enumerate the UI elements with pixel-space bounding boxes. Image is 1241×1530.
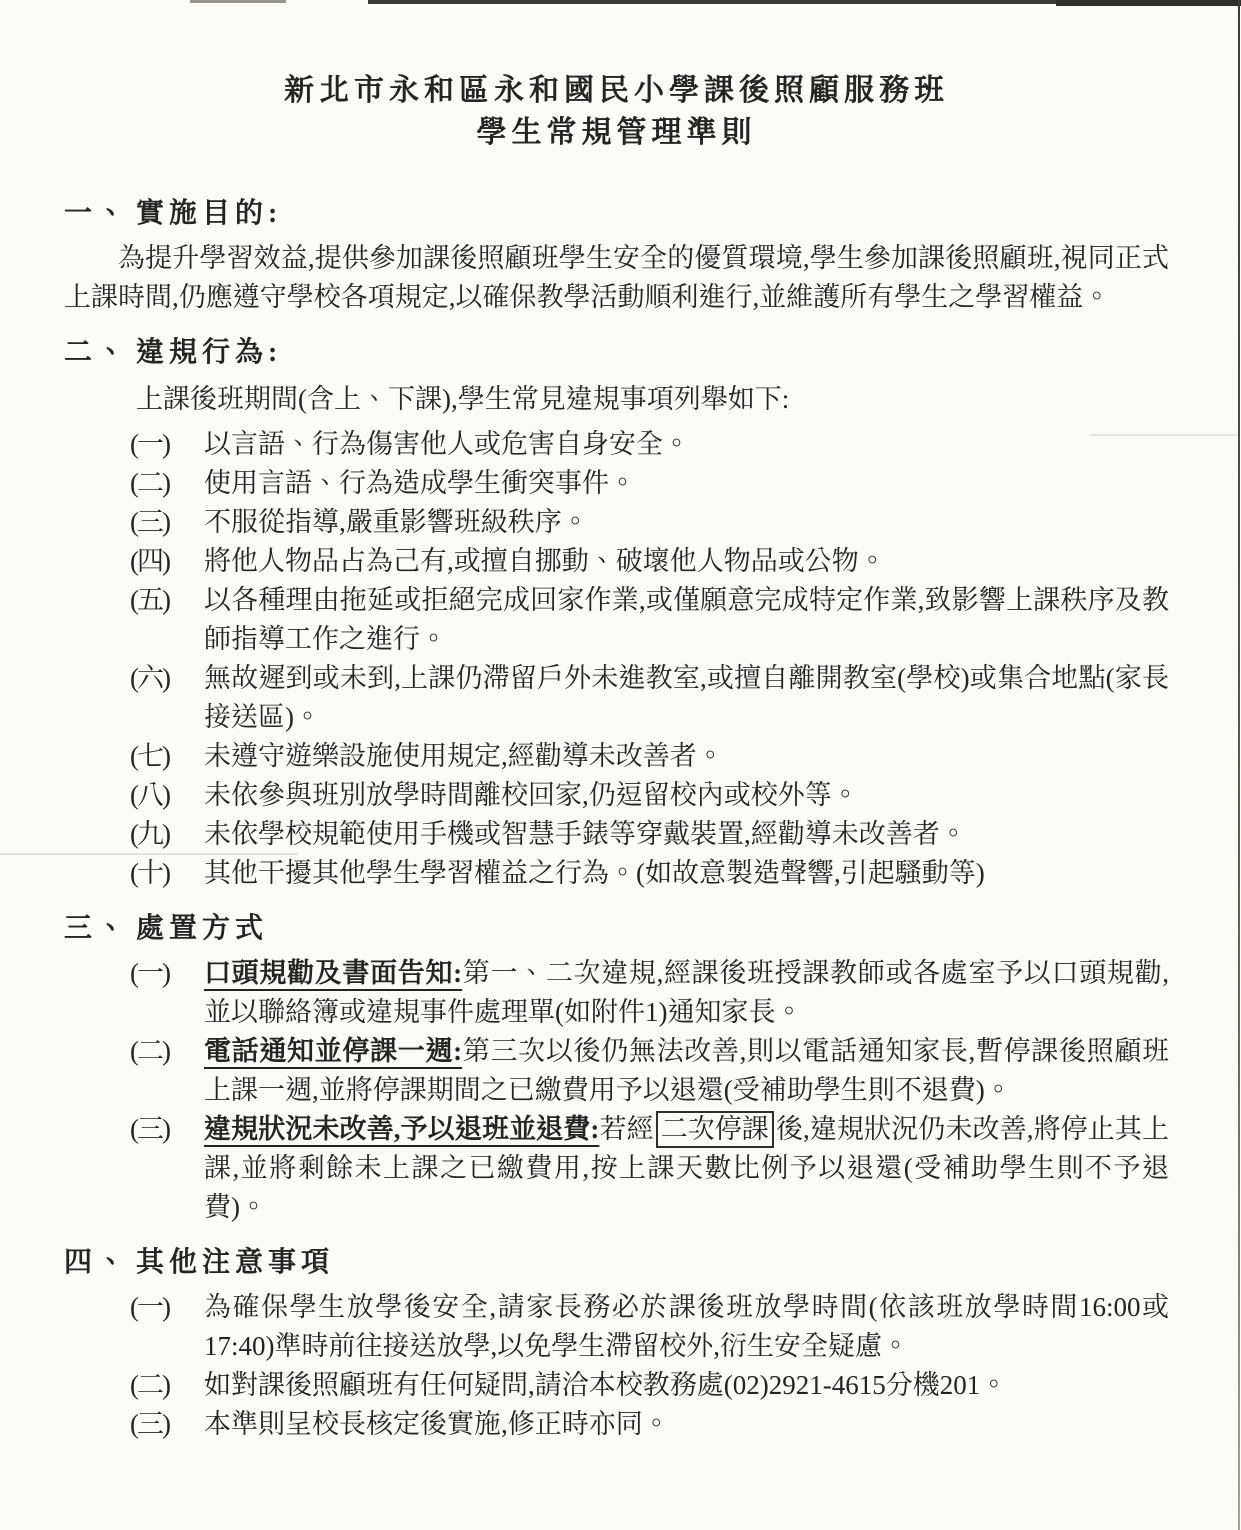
item-rest-before: 若經 (599, 1114, 653, 1144)
item-marker: (二) (130, 464, 204, 503)
list-item: (二) 電話通知並停課一週:第三次以後仍無法改善,則以電話通知家長,暫停課後照顧… (130, 1032, 1169, 1110)
item-text: 如對課後照顧班有任何疑問,請洽本校教務處(02)2921-4615分機201。 (204, 1366, 1169, 1405)
document-title-line-2: 學生常規管理準則 (64, 112, 1169, 154)
list-item: (四) 將他人物品占為己有,或擅自挪動、破壞他人物品或公物。 (130, 542, 1169, 581)
section-number: 三、 (64, 909, 136, 948)
item-marker: (一) (130, 1288, 204, 1327)
section-heading-row: 一、 實施目的: (64, 194, 1169, 233)
item-text: 電話通知並停課一週:第三次以後仍無法改善,則以電話通知家長,暫停課後照顧班上課一… (204, 1032, 1169, 1110)
list-item: (三) 不服從指導,嚴重影響班級秩序。 (130, 503, 1169, 542)
measure-list: (一) 口頭規勸及書面告知:第一、二次違規,經課後班授課教師或各處室予以口頭規勸… (130, 954, 1169, 1227)
section-heading: 其他注意事項 (136, 1243, 334, 1282)
section-notes: 四、 其他注意事項 (一) 為確保學生放學後安全,請家長務必於課後班放學時間(依… (64, 1243, 1169, 1444)
section-paragraph: 為提升學習效益,提供參加課後照顧班學生安全的優質環境,學生參加課後照顧班,視同正… (64, 239, 1169, 317)
document-title: 新北市永和區永和國民小學課後照顧服務班 學生常規管理準則 (64, 70, 1169, 154)
item-text: 違規狀況未改善,予以退班並退費:若經二次停課後,違規狀況仍未改善,將停止其上課,… (204, 1110, 1169, 1227)
section-number: 二、 (64, 333, 136, 372)
violation-list: (一) 以言語、行為傷害他人或危害自身安全。 (二) 使用言語、行為造成學生衝突… (130, 425, 1169, 893)
item-marker: (一) (130, 425, 204, 464)
item-marker: (八) (130, 776, 204, 815)
item-marker: (二) (130, 1366, 204, 1405)
section-number: 四、 (64, 1243, 136, 1282)
item-text: 無故遲到或未到,上課仍滯留戶外未進教室,或擅自離開教室(學校)或集合地點(家長接… (204, 659, 1169, 737)
list-item: (三) 本準則呈校長核定後實施,修正時亦同。 (130, 1405, 1169, 1444)
item-text: 不服從指導,嚴重影響班級秩序。 (204, 503, 1169, 542)
list-item: (一) 以言語、行為傷害他人或危害自身安全。 (130, 425, 1169, 464)
document-title-line-1: 新北市永和區永和國民小學課後照顧服務班 (64, 70, 1169, 112)
section-heading-row: 三、 處置方式 (64, 909, 1169, 948)
section-heading: 違規行為: (136, 333, 282, 372)
item-text: 本準則呈校長核定後實施,修正時亦同。 (204, 1405, 1169, 1444)
item-text: 未遵守遊樂設施使用規定,經勸導未改善者。 (204, 737, 1169, 776)
item-lead-underlined: 口頭規勸及書面告知: (204, 958, 462, 988)
item-marker: (三) (130, 1405, 204, 1444)
scanned-document-page: 新北市永和區永和國民小學課後照顧服務班 學生常規管理準則 一、 實施目的: 為提… (0, 0, 1241, 1530)
item-text: 使用言語、行為造成學生衝突事件。 (204, 464, 1169, 503)
section-purpose: 一、 實施目的: 為提升學習效益,提供參加課後照顧班學生安全的優質環境,學生參加… (64, 194, 1169, 317)
section-measures: 三、 處置方式 (一) 口頭規勸及書面告知:第一、二次違規,經課後班授課教師或各… (64, 909, 1169, 1227)
item-marker: (五) (130, 581, 204, 620)
section-violations: 二、 違規行為: 上課後班期間(含上、下課),學生常見違規事項列舉如下: (一)… (64, 333, 1169, 893)
item-text: 為確保學生放學後安全,請家長務必於課後班放學時間(依該班放學時間16:00或17… (204, 1288, 1169, 1366)
section-heading-row: 二、 違規行為: (64, 333, 1169, 372)
item-text: 口頭規勸及書面告知:第一、二次違規,經課後班授課教師或各處室予以口頭規勸,並以聯… (204, 954, 1169, 1032)
item-marker: (七) (130, 737, 204, 776)
item-marker: (一) (130, 954, 204, 993)
list-item: (一) 口頭規勸及書面告知:第一、二次違規,經課後班授課教師或各處室予以口頭規勸… (130, 954, 1169, 1032)
document-content: 新北市永和區永和國民小學課後照顧服務班 學生常規管理準則 一、 實施目的: 為提… (0, 0, 1241, 1444)
item-marker: (六) (130, 659, 204, 698)
item-text: 以言語、行為傷害他人或危害自身安全。 (204, 425, 1169, 464)
list-item: (五) 以各種理由拖延或拒絕完成回家作業,或僅願意完成特定作業,致影響上課秩序及… (130, 581, 1169, 659)
section-heading-row: 四、 其他注意事項 (64, 1243, 1169, 1282)
list-item: (二) 使用言語、行為造成學生衝突事件。 (130, 464, 1169, 503)
list-item: (八) 未依參與班別放學時間離校回家,仍逗留校內或校外等。 (130, 776, 1169, 815)
item-text: 以各種理由拖延或拒絕完成回家作業,或僅願意完成特定作業,致影響上課秩序及教師指導… (204, 581, 1169, 659)
item-marker: (四) (130, 542, 204, 581)
list-item: (三) 違規狀況未改善,予以退班並退費:若經二次停課後,違規狀況仍未改善,將停止… (130, 1110, 1169, 1227)
item-lead-underlined: 電話通知並停課一週: (204, 1036, 462, 1066)
item-text: 未依參與班別放學時間離校回家,仍逗留校內或校外等。 (204, 776, 1169, 815)
section-heading: 實施目的: (136, 194, 282, 233)
list-item: (七) 未遵守遊樂設施使用規定,經勸導未改善者。 (130, 737, 1169, 776)
boxed-text: 二次停課 (656, 1111, 774, 1148)
section-intro: 上課後班期間(含上、下課),學生常見違規事項列舉如下: (136, 380, 1169, 419)
item-marker: (二) (130, 1032, 204, 1071)
list-item: (二) 如對課後照顧班有任何疑問,請洽本校教務處(02)2921-4615分機2… (130, 1366, 1169, 1405)
list-item: (十) 其他干擾其他學生學習權益之行為。(如故意製造聲響,引起騷動等) (130, 854, 1169, 893)
list-item: (一) 為確保學生放學後安全,請家長務必於課後班放學時間(依該班放學時間16:0… (130, 1288, 1169, 1366)
section-number: 一、 (64, 194, 136, 233)
list-item: (六) 無故遲到或未到,上課仍滯留戶外未進教室,或擅自離開教室(學校)或集合地點… (130, 659, 1169, 737)
item-marker: (三) (130, 1110, 204, 1149)
item-text: 其他干擾其他學生學習權益之行為。(如故意製造聲響,引起騷動等) (204, 854, 1169, 893)
item-lead-underlined: 違規狀況未改善,予以退班並退費: (204, 1114, 599, 1144)
item-marker: (三) (130, 503, 204, 542)
note-list: (一) 為確保學生放學後安全,請家長務必於課後班放學時間(依該班放學時間16:0… (130, 1288, 1169, 1444)
item-marker: (十) (130, 854, 204, 893)
list-item: (九) 未依學校規範使用手機或智慧手錶等穿戴裝置,經勸導未改善者。 (130, 815, 1169, 854)
section-heading: 處置方式 (136, 909, 268, 948)
item-text: 未依學校規範使用手機或智慧手錶等穿戴裝置,經勸導未改善者。 (204, 815, 1169, 854)
item-text: 將他人物品占為己有,或擅自挪動、破壞他人物品或公物。 (204, 542, 1169, 581)
item-marker: (九) (130, 815, 204, 854)
